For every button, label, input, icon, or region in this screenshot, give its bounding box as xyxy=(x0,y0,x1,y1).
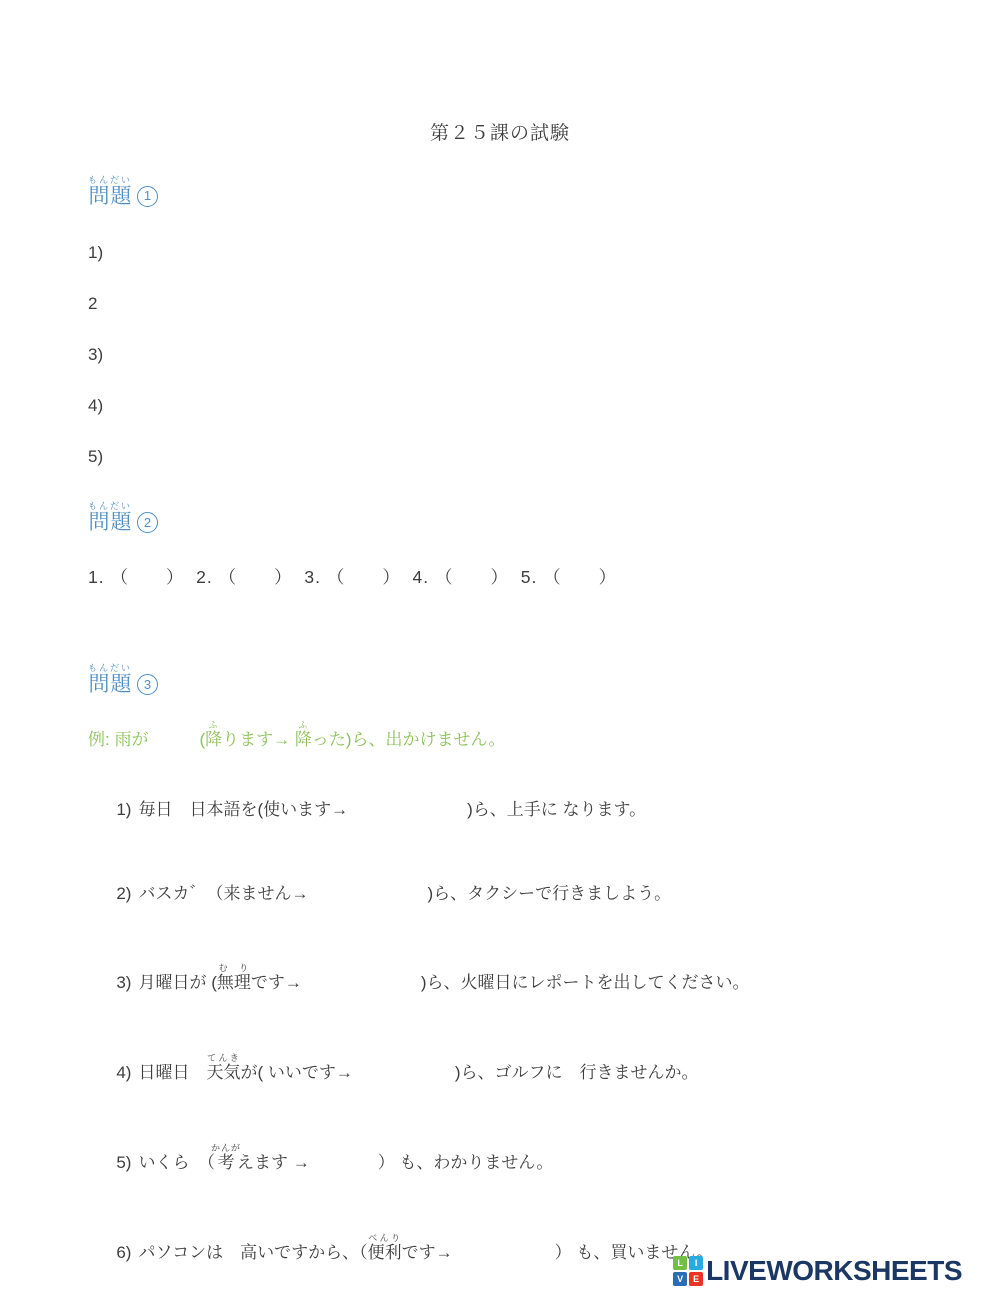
logo-square-v: V xyxy=(673,1272,687,1286)
logo-square-l: L xyxy=(673,1256,687,1270)
exercise-number: 1) xyxy=(116,800,131,819)
exercise-line: 3)月曜日が (無理む りです→ )ら、火曜日にレポートを出してください。 xyxy=(88,944,940,1017)
furigana-ruby: 考かんが xyxy=(215,1153,237,1172)
liveworksheets-logo[interactable]: L I V E LIVEWORKSHEETS xyxy=(673,1255,962,1287)
exercise-text: 毎日 日本語を(使います→ )ら、上手に なります。 xyxy=(138,800,646,819)
section3-furigana: もんだい xyxy=(88,663,132,673)
exercise-text: 月曜日が (無理む りです→ )ら、火曜日にレポートを出してください。 xyxy=(138,973,749,992)
section1-item-list: 1) 2 3) 4) 5) xyxy=(88,243,940,467)
exercise-number: 3) xyxy=(116,973,131,992)
exercise-line: 1)毎日 日本語を(使います→ )ら、上手に なります。 xyxy=(88,777,940,843)
logo-square-i: I xyxy=(689,1256,703,1270)
section1-label: 問題もんだい xyxy=(88,175,132,208)
section1-header: 問題もんだい 1 xyxy=(88,175,940,208)
furigana-ruby: 無理む り xyxy=(217,973,251,992)
exercise-line: 2)バスカ゛（来ません→ )ら、タクシーで行きましよう。 xyxy=(88,861,940,927)
page-title: 第２５課の試験 xyxy=(0,0,1000,145)
exercise-text: パソコンは 高いですから、（便利べんりです→ ） も、買いません。 xyxy=(138,1243,713,1262)
list-item: 2 xyxy=(88,294,940,314)
section3-label: 問題もんだい xyxy=(88,663,132,696)
exercise-number: 4) xyxy=(116,1063,131,1082)
list-item: 1) xyxy=(88,243,940,263)
worksheet-content: 問題もんだい 1 1) 2 3) 4) 5) 問題もんだい 2 1. （ ） 2… xyxy=(88,175,940,1286)
furigana-ruby: 降ふ xyxy=(205,730,222,749)
exercise-line: 4)日曜日 天気てんきが( いいです→ )ら、ゴルフに 行きませんか。 xyxy=(88,1034,940,1107)
furigana-ruby: 天気てんき xyxy=(206,1063,240,1082)
exercise-text: 日曜日 天気てんきが( いいです→ )ら、ゴルフに 行きませんか。 xyxy=(138,1063,698,1082)
section3-header: 問題もんだい 3 xyxy=(88,663,940,696)
liveworksheets-logo-icon: L I V E xyxy=(673,1256,703,1286)
exercise-text: いくら （考かんがえます → ） も、わかりません。 xyxy=(138,1153,553,1172)
exercise-text: バスカ゛（来ません→ )ら、タクシーで行きましよう。 xyxy=(138,884,671,903)
section1-furigana: もんだい xyxy=(88,175,132,185)
section2-header: 問題もんだい 2 xyxy=(88,501,940,534)
furigana-ruby: 便利べんり xyxy=(368,1243,402,1262)
section2-label: 問題もんだい xyxy=(88,501,132,534)
section2-furigana: もんだい xyxy=(88,501,132,511)
section3-example: 例: 雨が (降ふります→ 降ふった)ら、出かけません。 xyxy=(88,720,940,751)
list-item: 4) xyxy=(88,396,940,416)
logo-wordmark: LIVEWORKSHEETS xyxy=(706,1255,962,1287)
section2-circled-number: 2 xyxy=(137,512,158,533)
exercise-line: 5)いくら （考かんがえます → ） も、わかりません。 xyxy=(88,1123,940,1196)
exercise-number: 5) xyxy=(116,1153,131,1172)
section1-circled-number: 1 xyxy=(137,186,158,207)
section3-circled-number: 3 xyxy=(137,674,158,695)
exercise-number: 6) xyxy=(116,1243,131,1262)
list-item: 5) xyxy=(88,447,940,467)
logo-square-e: E xyxy=(689,1272,703,1286)
furigana-ruby: 降ふ xyxy=(295,730,312,749)
exercise-number: 2) xyxy=(116,884,131,903)
worksheet-page: 第２５課の試験 問題もんだい 1 1) 2 3) 4) 5) 問題もんだい 2 … xyxy=(0,0,1000,1291)
list-item: 3) xyxy=(88,345,940,365)
section2-answer-line: 1. （ ） 2. （ ） 3. （ ） 4. （ ） 5. （ ） xyxy=(88,564,940,589)
